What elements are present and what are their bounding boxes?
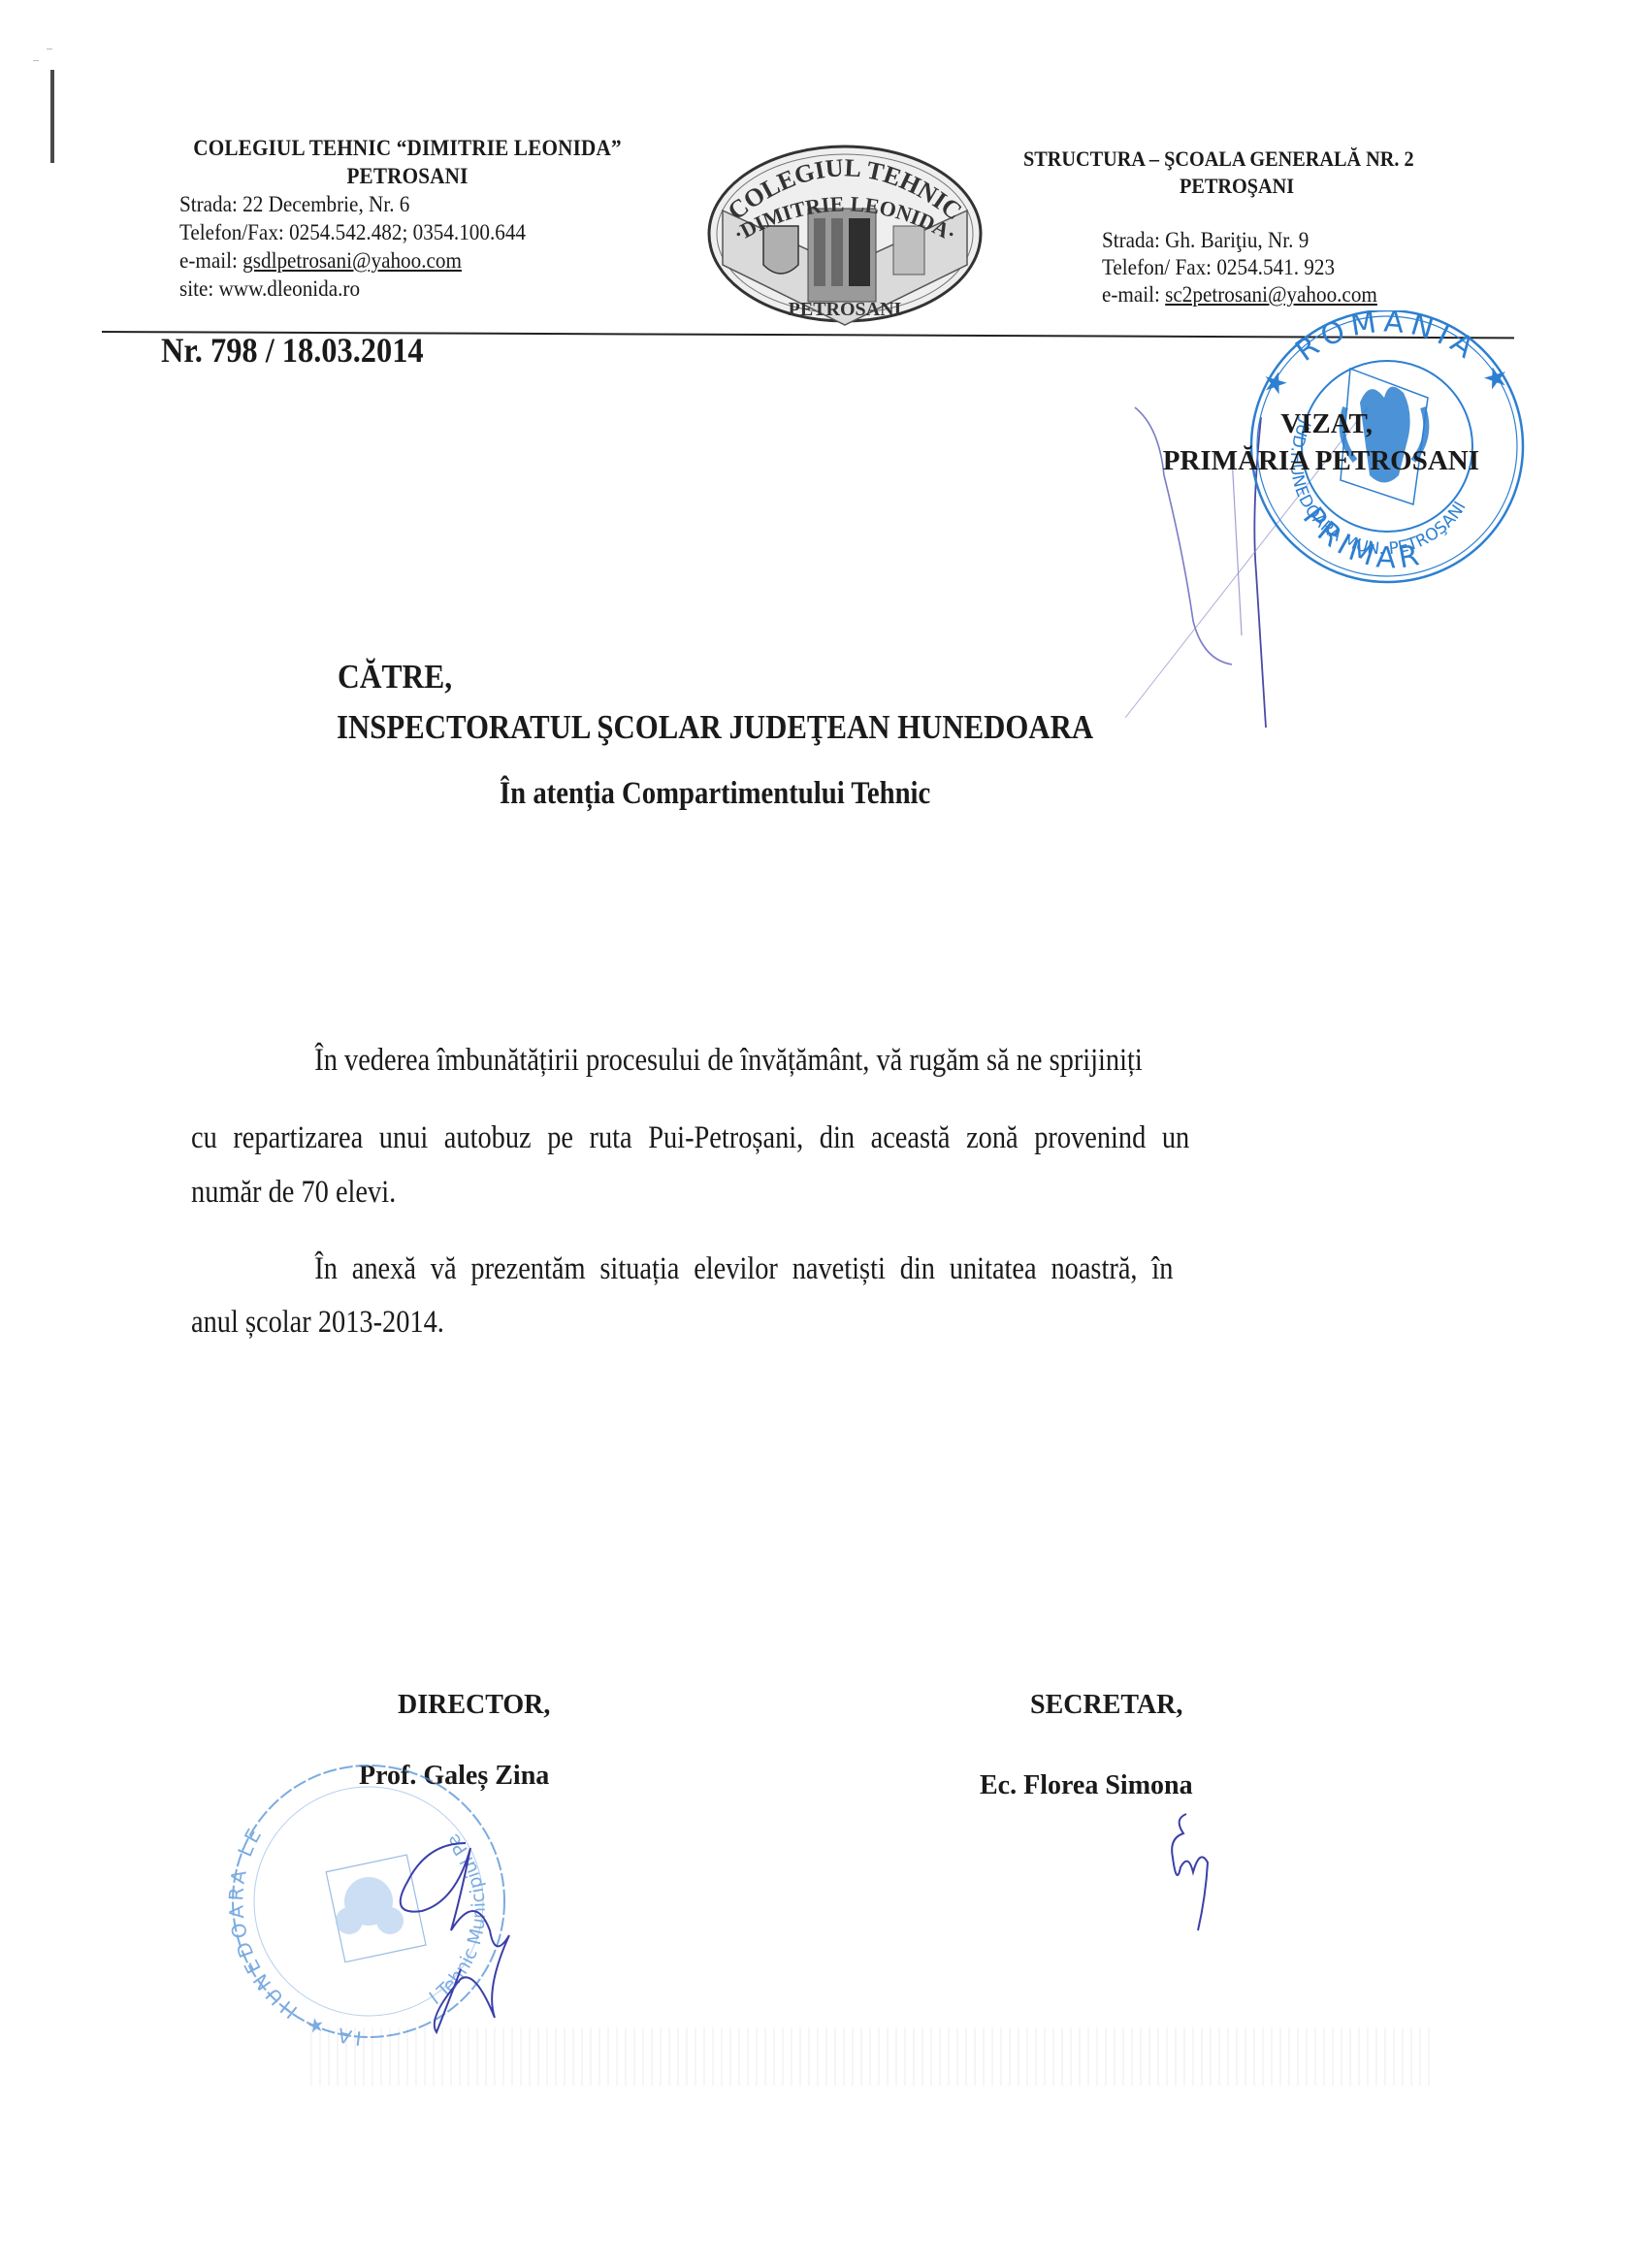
secretary-name: Ec. Florea Simona <box>980 1770 1193 1801</box>
email-label: e-mail: <box>179 248 242 273</box>
header-right: STRUCTURA – ŞCOALA GENERALĂ NR. 2 PETROŞ… <box>1023 146 1528 308</box>
paragraph2-line1: În anexă vă prezentăm situația elevilor … <box>314 1251 1173 1287</box>
recipient-organization: INSPECTORATUL ŞCOLAR JUDEŢEAN HUNEDOARA <box>337 708 1093 747</box>
structure-city: PETROŞANI <box>1023 173 1487 200</box>
scan-margin-tick <box>33 60 39 61</box>
institution-street: Strada: 22 Decembrie, Nr. 6 <box>145 190 628 218</box>
director-signature <box>369 1824 543 2037</box>
header-left: COLEGIUL TEHNIC “DIMITRIE LEONIDA” PETRO… <box>145 134 669 303</box>
institution-city: PETROSANI <box>167 162 649 190</box>
email-label: e-mail: <box>1102 282 1165 307</box>
svg-text:ROMÂNIA ★ HUNEDOARA LEONIDA: ROMÂNIA ★ HUNEDOARA LEONIDA <box>223 1756 363 2047</box>
recipient-salutation: CĂTRE, <box>338 658 452 697</box>
approval-authority: PRIMĂRIA PETROSANI <box>1072 442 1479 479</box>
stamp-left-text: ROMÂNIA ★ HUNEDOARA LEONIDA <box>223 1756 363 2047</box>
approval-block: VIZAT, PRIMĂRIA PETROSANI <box>1072 405 1479 479</box>
paragraph1-line1: În vederea îmbunătățirii procesului de î… <box>314 1043 1457 1079</box>
director-title: DIRECTOR, <box>398 1690 550 1721</box>
scan-margin-mark <box>50 70 54 163</box>
school-logo: COLEGIUL TEHNIC ·DIMITRIE LEONIDA· PETRO… <box>703 141 986 327</box>
stamp-outer-text: ★ ROMÂNIA ★ <box>1254 310 1521 404</box>
svg-text:★ ROMÂNIA ★: ★ ROMÂNIA ★ <box>1254 310 1521 404</box>
secretary-title: SECRETAR, <box>1030 1690 1182 1721</box>
structure-email-row: e-mail: sc2petrosani@yahoo.com <box>1023 281 1487 308</box>
structure-street: Strada: Gh. Bariţiu, Nr. 9 <box>1023 227 1487 254</box>
institution-phone: Telefon/Fax: 0254.542.482; 0354.100.644 <box>145 218 628 246</box>
scan-bleed-through <box>310 2027 1436 2086</box>
paragraph2-line2: anul școlar 2013-2014. <box>191 1305 444 1341</box>
structure-name: STRUCTURA – ŞCOALA GENERALĂ NR. 2 <box>1023 146 1487 173</box>
approval-label: VIZAT, <box>1072 405 1479 442</box>
structure-phone: Telefon/ Fax: 0254.541. 923 <box>1023 254 1487 281</box>
institution-email-link[interactable]: gsdlpetrosani@yahoo.com <box>242 248 462 273</box>
scan-margin-tick <box>47 49 52 49</box>
recipient-attention: În atenția Compartimentului Tehnic <box>500 776 930 812</box>
registration-number: Nr. 798 / 18.03.2014 <box>161 330 424 371</box>
secretary-signature <box>1159 1809 1227 1935</box>
structure-email-link[interactable]: sc2petrosani@yahoo.com <box>1165 282 1377 307</box>
institution-site[interactable]: site: www.dleonida.ro <box>145 275 628 303</box>
institution-name: COLEGIUL TEHNIC “DIMITRIE LEONIDA” <box>167 134 649 162</box>
paragraph1-line2: cu repartizarea unui autobuz pe ruta Pui… <box>191 1120 1457 1156</box>
institution-email-row: e-mail: gsdlpetrosani@yahoo.com <box>145 246 628 275</box>
paragraph1-line3: număr de 70 elevi. <box>191 1175 396 1211</box>
letter-body: În vederea îmbunătățirii procesului de î… <box>191 1043 1279 1334</box>
logo-bottom-text: PETROSANI <box>789 299 902 320</box>
